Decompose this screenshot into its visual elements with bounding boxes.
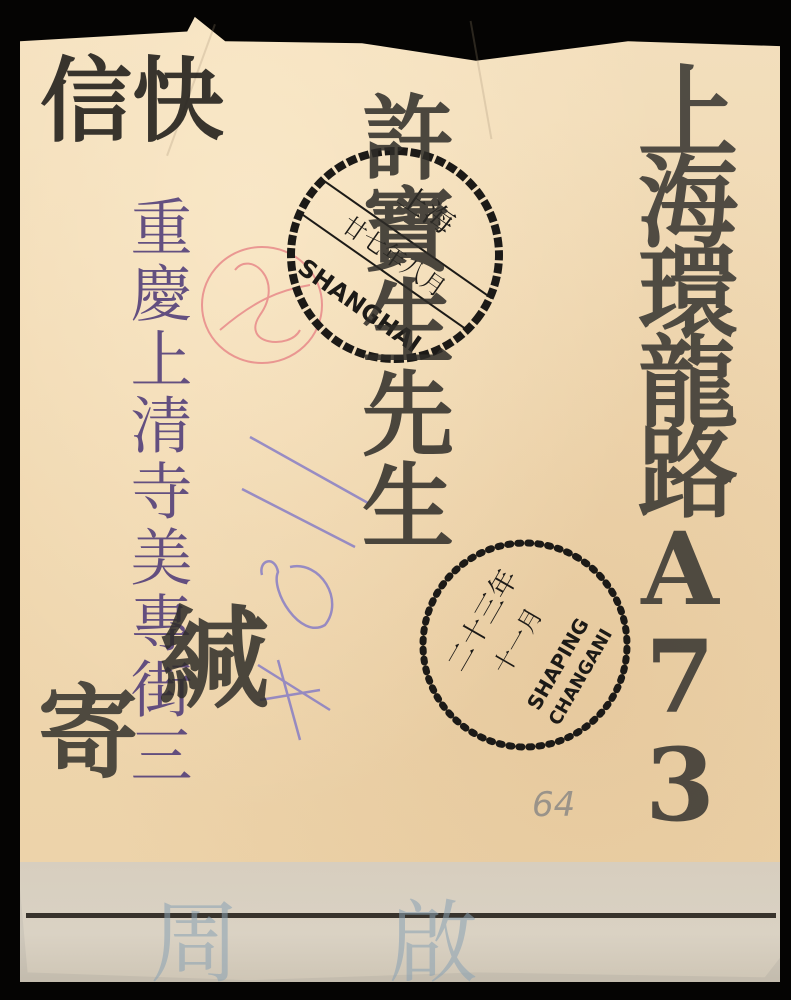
sender-signature: 緘 [150, 600, 260, 702]
sender-left-mark: 寄 [30, 680, 130, 770]
recipient-address: 上海環龍路A73 [630, 60, 730, 834]
recipient-name: 許寶生先生 [355, 90, 447, 550]
pencil-number: 64 [532, 785, 575, 825]
express-mark: 信快 [40, 55, 224, 147]
fold-show-through-writing: 周 啟 [150, 870, 539, 1000]
